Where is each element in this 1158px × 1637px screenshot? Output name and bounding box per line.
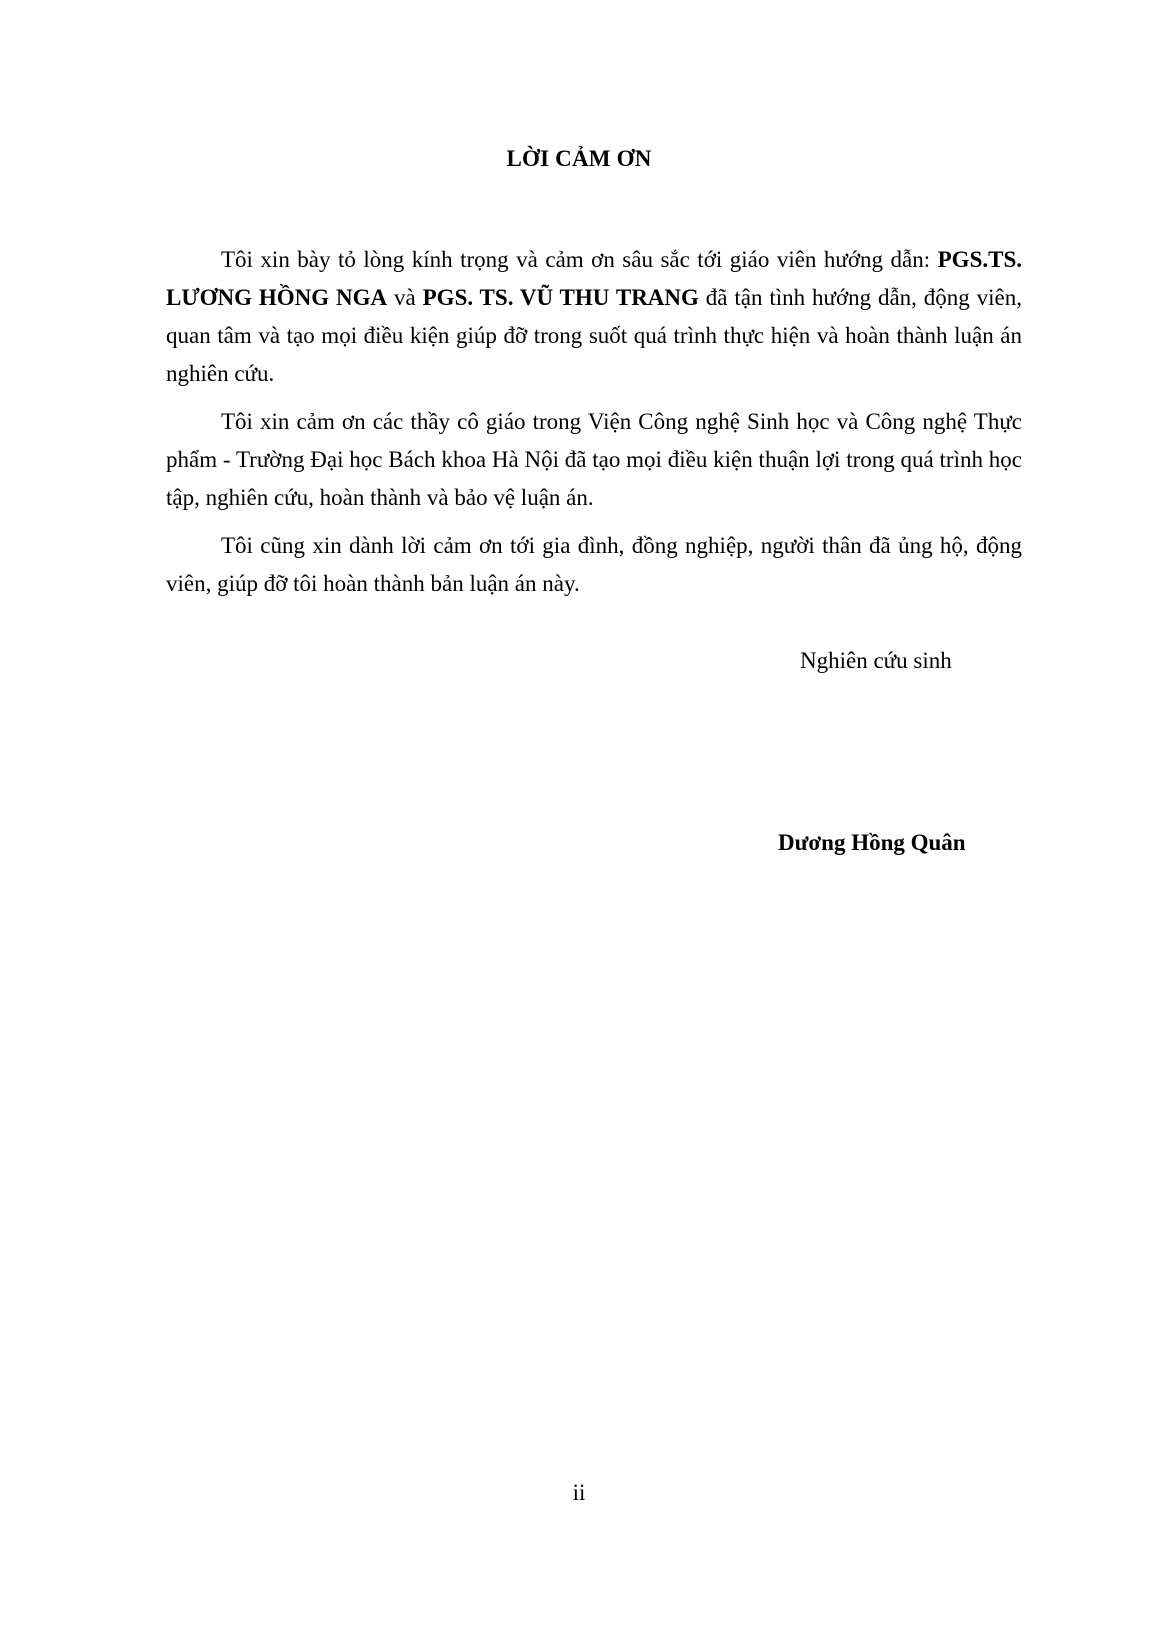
acknowledgement-body: Tôi xin bày tỏ lòng kính trọng và cảm ơn… <box>166 241 1022 613</box>
text-segment: Tôi xin cảm ơn các thầy cô giáo trong Vi… <box>166 409 1022 510</box>
page-title: LỜI CẢM ƠN <box>0 146 1158 172</box>
text-segment: Tôi cũng xin dành lời cảm ơn tới gia đìn… <box>166 533 1022 596</box>
text-segment: Tôi xin bày tỏ lòng kính trọng và cảm ơn… <box>221 247 938 272</box>
paragraph-institute: Tôi xin cảm ơn các thầy cô giáo trong Vi… <box>166 403 1022 517</box>
document-page: LỜI CẢM ƠN Tôi xin bày tỏ lòng kính trọn… <box>0 0 1158 1637</box>
signature-name: Dương Hồng Quân <box>778 830 966 856</box>
page-number: ii <box>0 1480 1158 1506</box>
paragraph-advisors: Tôi xin bày tỏ lòng kính trọng và cảm ơn… <box>166 241 1022 393</box>
text-segment: và <box>387 285 422 310</box>
paragraph-family: Tôi cũng xin dành lời cảm ơn tới gia đìn… <box>166 527 1022 603</box>
advisor-name-2: PGS. TS. VŨ THU TRANG <box>423 285 699 310</box>
signature-role: Nghiên cứu sinh <box>800 648 952 674</box>
